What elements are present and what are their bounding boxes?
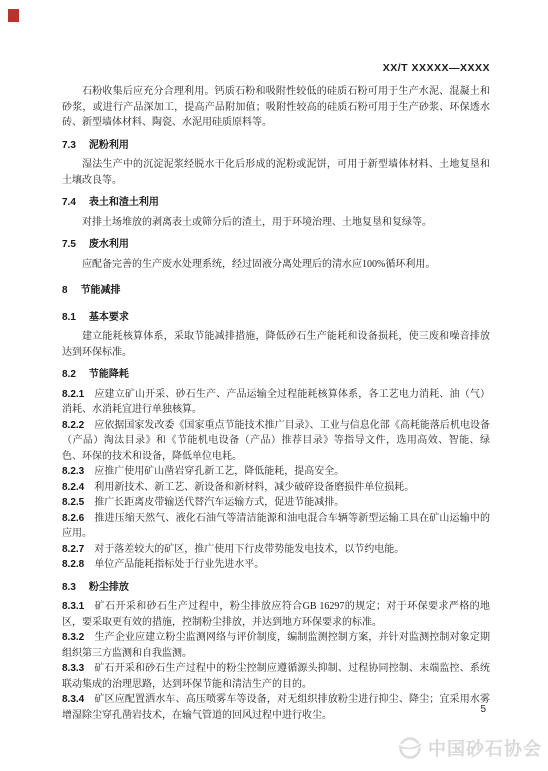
- clause-number: 8.2.7: [62, 544, 84, 555]
- clause-number: 8.3.4: [62, 694, 84, 705]
- clause-number: 8.2.6: [62, 513, 84, 524]
- red-corner-mark: [8, 9, 19, 22]
- page-number: 5: [480, 704, 486, 715]
- paragraph: 应配备完善的生产废水处理系统，经过固液分离处理后的清水应100%循环利用。: [62, 257, 490, 273]
- section-number: 7.4: [62, 197, 76, 208]
- clause-text: 矿石开采和砂石生产过程中，粉尘排放应符合GB 16297的规定；对于环保要求严格…: [62, 601, 490, 628]
- clause-text: 推广长距离皮带输送代替汽车运输方式，促进节能减排。: [94, 497, 344, 508]
- clause-number: 8.2.5: [62, 497, 84, 508]
- clause-text: 单位产品能耗指标处于行业先进水平。: [94, 559, 264, 570]
- clause: 8.2.3应推广使用矿山凿岩穿孔新工艺，降低能耗，提高安全。: [62, 464, 490, 480]
- clause-number: 8.3.3: [62, 663, 84, 674]
- section-title: 基本要求: [89, 312, 129, 323]
- section-heading-7-3: 7.3泥粉利用: [62, 138, 490, 154]
- chapter-heading-8: 8节能减排: [62, 283, 490, 299]
- clause: 8.2.6推进压缩天然气、液化石油气等清洁能源和油电混合车辆等新型运输工具在矿山…: [62, 511, 490, 542]
- watermark-text: 中国砂石协会: [428, 735, 542, 761]
- clause: 8.2.1应建立矿山开采、砂石生产、产品运输全过程能耗核算体系，各工艺电力消耗、…: [62, 387, 490, 418]
- clause-text: 矿区应配置洒水车、高压喷雾车等设备，对无组织排放粉尘进行抑尘、降尘；宜采用水雾增…: [62, 694, 490, 721]
- clause-number: 8.2.1: [62, 389, 84, 400]
- clause: 8.3.2生产企业应建立粉尘监测网络与评价制度，编制监测控制方案，并针对监测控制…: [62, 630, 490, 661]
- clause-text: 生产企业应建立粉尘监测网络与评价制度，编制监测控制方案，并针对监测控制对象定期组…: [62, 632, 490, 659]
- clause: 8.3.4矿区应配置洒水车、高压喷雾车等设备，对无组织排放粉尘进行抑尘、降尘；宜…: [62, 692, 490, 723]
- clause: 8.3.3矿石开采和砂石生产过程中的粉尘控制应遵循源头抑制、过程协同控制、末端监…: [62, 661, 490, 692]
- section-heading-8-2: 8.2节能降耗: [62, 367, 490, 383]
- section-title: 粉尘排放: [89, 582, 129, 593]
- clause-text: 应依据国家发改委《国家重点节能技术推广目录》、工业与信息化部《高耗能落后机电设备…: [62, 420, 490, 462]
- section-number: 8.3: [62, 582, 76, 593]
- document-page: XX/T XXXXX—XXXX 石粉收集后应充分合理利用。钙质石粉和吸附性较低的…: [0, 0, 548, 771]
- chapter-title: 节能减排: [81, 285, 121, 296]
- paragraph: 建立能耗核算体系，采取节能减排措施，降低砂石生产能耗和设备损耗，使三废和噪音排放…: [62, 329, 490, 360]
- paragraph: 对排土场堆放的剥离表土或筛分后的渣土，用于环境治理、土地复垦和复绿等。: [62, 215, 490, 231]
- clause-number: 8.2.4: [62, 482, 84, 493]
- clause: 8.2.7对于落差较大的矿区，推广使用下行皮带势能发电技术，以节约电能。: [62, 542, 490, 558]
- section-heading-7-5: 7.5废水利用: [62, 237, 490, 253]
- clause-text: 推进压缩天然气、液化石油气等清洁能源和油电混合车辆等新型运输工具在矿山运输中的应…: [62, 513, 490, 540]
- clause-text: 应建立矿山开采、砂石生产、产品运输全过程能耗核算体系，各工艺电力消耗、油（气）消…: [62, 389, 490, 416]
- section-heading-8-1: 8.1基本要求: [62, 310, 490, 326]
- clause-number: 8.2.3: [62, 466, 84, 477]
- section-heading-7-4: 7.4表土和渣土利用: [62, 195, 490, 211]
- clause: 8.2.4利用新技术、新工艺、新设备和新材料，减少破碎设备磨损件单位损耗。: [62, 480, 490, 496]
- section-number: 7.5: [62, 239, 76, 250]
- clause: 8.2.5推广长距离皮带输送代替汽车运输方式，促进节能减排。: [62, 495, 490, 511]
- paragraph: 湿法生产中的沉淀泥浆经脱水干化后形成的泥粉或泥饼，可用于新型墙体材料、土地复垦和…: [62, 157, 490, 188]
- paragraph: 石粉收集后应充分合理利用。钙质石粉和吸附性较低的硅质石粉可用于生产水泥、混凝土和…: [62, 84, 490, 131]
- section-title: 泥粉利用: [89, 140, 129, 151]
- clause: 8.3.1矿石开采和砂石生产过程中，粉尘排放应符合GB 16297的规定；对于环…: [62, 599, 490, 630]
- clause-number: 8.3.2: [62, 632, 84, 643]
- clause-text: 利用新技术、新工艺、新设备和新材料，减少破碎设备磨损件单位损耗。: [94, 482, 414, 493]
- section-heading-8-3: 8.3粉尘排放: [62, 580, 490, 596]
- watermark: 中国砂石协会: [397, 735, 542, 761]
- clause-number: 8.2.2: [62, 420, 84, 431]
- clause: 8.2.2应依据国家发改委《国家重点节能技术推广目录》、工业与信息化部《高耗能落…: [62, 418, 490, 465]
- clause-number: 8.3.1: [62, 601, 84, 612]
- section-title: 表土和渣土利用: [89, 197, 159, 208]
- section-number: 7.3: [62, 140, 76, 151]
- association-logo-icon: [397, 735, 423, 761]
- section-title: 节能降耗: [89, 369, 129, 380]
- chapter-number: 8: [62, 285, 68, 296]
- document-body: 石粉收集后应充分合理利用。钙质石粉和吸附性较低的硅质石粉可用于生产水泥、混凝土和…: [62, 84, 490, 723]
- clause-text: 应推广使用矿山凿岩穿孔新工艺，降低能耗，提高安全。: [94, 466, 344, 477]
- clause-text: 对于落差较大的矿区，推广使用下行皮带势能发电技术，以节约电能。: [94, 544, 404, 555]
- section-title: 废水利用: [89, 239, 129, 250]
- standard-code-header: XX/T XXXXX—XXXX: [62, 62, 490, 74]
- section-number: 8.2: [62, 369, 76, 380]
- clause-text: 矿石开采和砂石生产过程中的粉尘控制应遵循源头抑制、过程协同控制、末端监控、系统联…: [62, 663, 490, 690]
- section-number: 8.1: [62, 312, 76, 323]
- clause: 8.2.8单位产品能耗指标处于行业先进水平。: [62, 557, 490, 573]
- clause-number: 8.2.8: [62, 559, 84, 570]
